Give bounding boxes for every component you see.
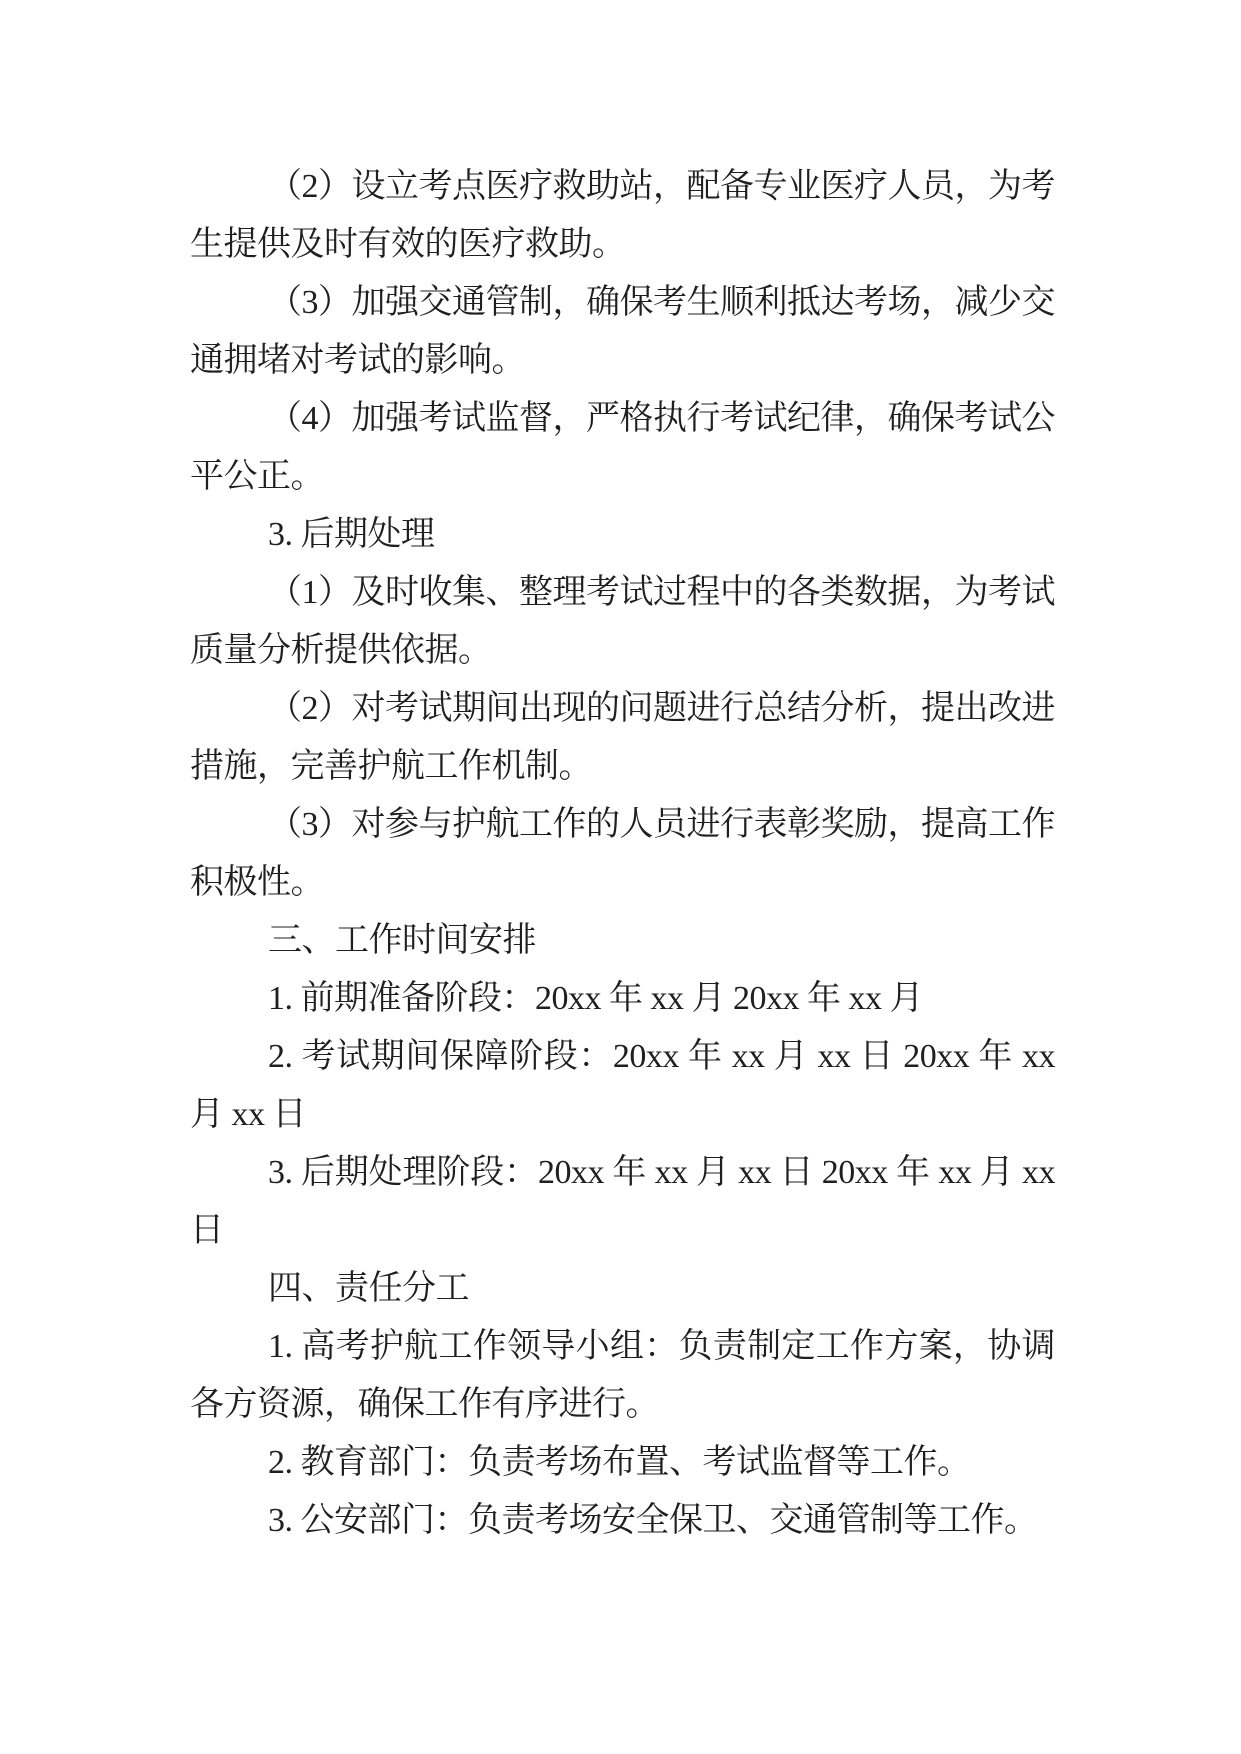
document-line: 通拥堵对考试的影响。 [190,332,1055,390]
document-line: 日 [190,1202,1055,1260]
document-line: 3. 后期处理 [190,506,1055,564]
document-line: 3. 后期处理阶段：20xx 年 xx 月 xx 日 20xx 年 xx 月 x… [190,1144,1055,1202]
document-line: 1. 高考护航工作领导小组：负责制定工作方案，协调 [190,1318,1055,1376]
document-line: 四、责任分工 [190,1260,1055,1318]
document-line: 2. 考试期间保障阶段：20xx 年 xx 月 xx 日 20xx 年 xx [190,1028,1055,1086]
document-line: （2）设立考点医疗救助站，配备专业医疗人员，为考 [190,158,1055,216]
document-line: 3. 公安部门：负责考场安全保卫、交通管制等工作。 [190,1492,1055,1550]
document-line: （1）及时收集、整理考试过程中的各类数据，为考试 [190,564,1055,622]
document-line: 措施，完善护航工作机制。 [190,738,1055,796]
document-line: 质量分析提供依据。 [190,622,1055,680]
document-line: 1. 前期准备阶段：20xx 年 xx 月 20xx 年 xx 月 [190,970,1055,1028]
document-line: （3）对参与护航工作的人员进行表彰奖励，提高工作 [190,796,1055,854]
document-line: 2. 教育部门：负责考场布置、考试监督等工作。 [190,1434,1055,1492]
document-line: （4）加强考试监督，严格执行考试纪律，确保考试公 [190,390,1055,448]
document-body: （2）设立考点医疗救助站，配备专业医疗人员，为考生提供及时有效的医疗救助。（3）… [190,158,1055,1550]
document-line: 积极性。 [190,854,1055,912]
document-line: （3）加强交通管制，确保考生顺利抵达考场，减少交 [190,274,1055,332]
document-line: 三、工作时间安排 [190,912,1055,970]
document-line: 生提供及时有效的医疗救助。 [190,216,1055,274]
document-line: 各方资源，确保工作有序进行。 [190,1376,1055,1434]
document-line: 平公正。 [190,448,1055,506]
document-line: 月 xx 日 [190,1086,1055,1144]
document-page: （2）设立考点医疗救助站，配备专业医疗人员，为考生提供及时有效的医疗救助。（3）… [0,0,1241,1754]
document-line: （2）对考试期间出现的问题进行总结分析，提出改进 [190,680,1055,738]
